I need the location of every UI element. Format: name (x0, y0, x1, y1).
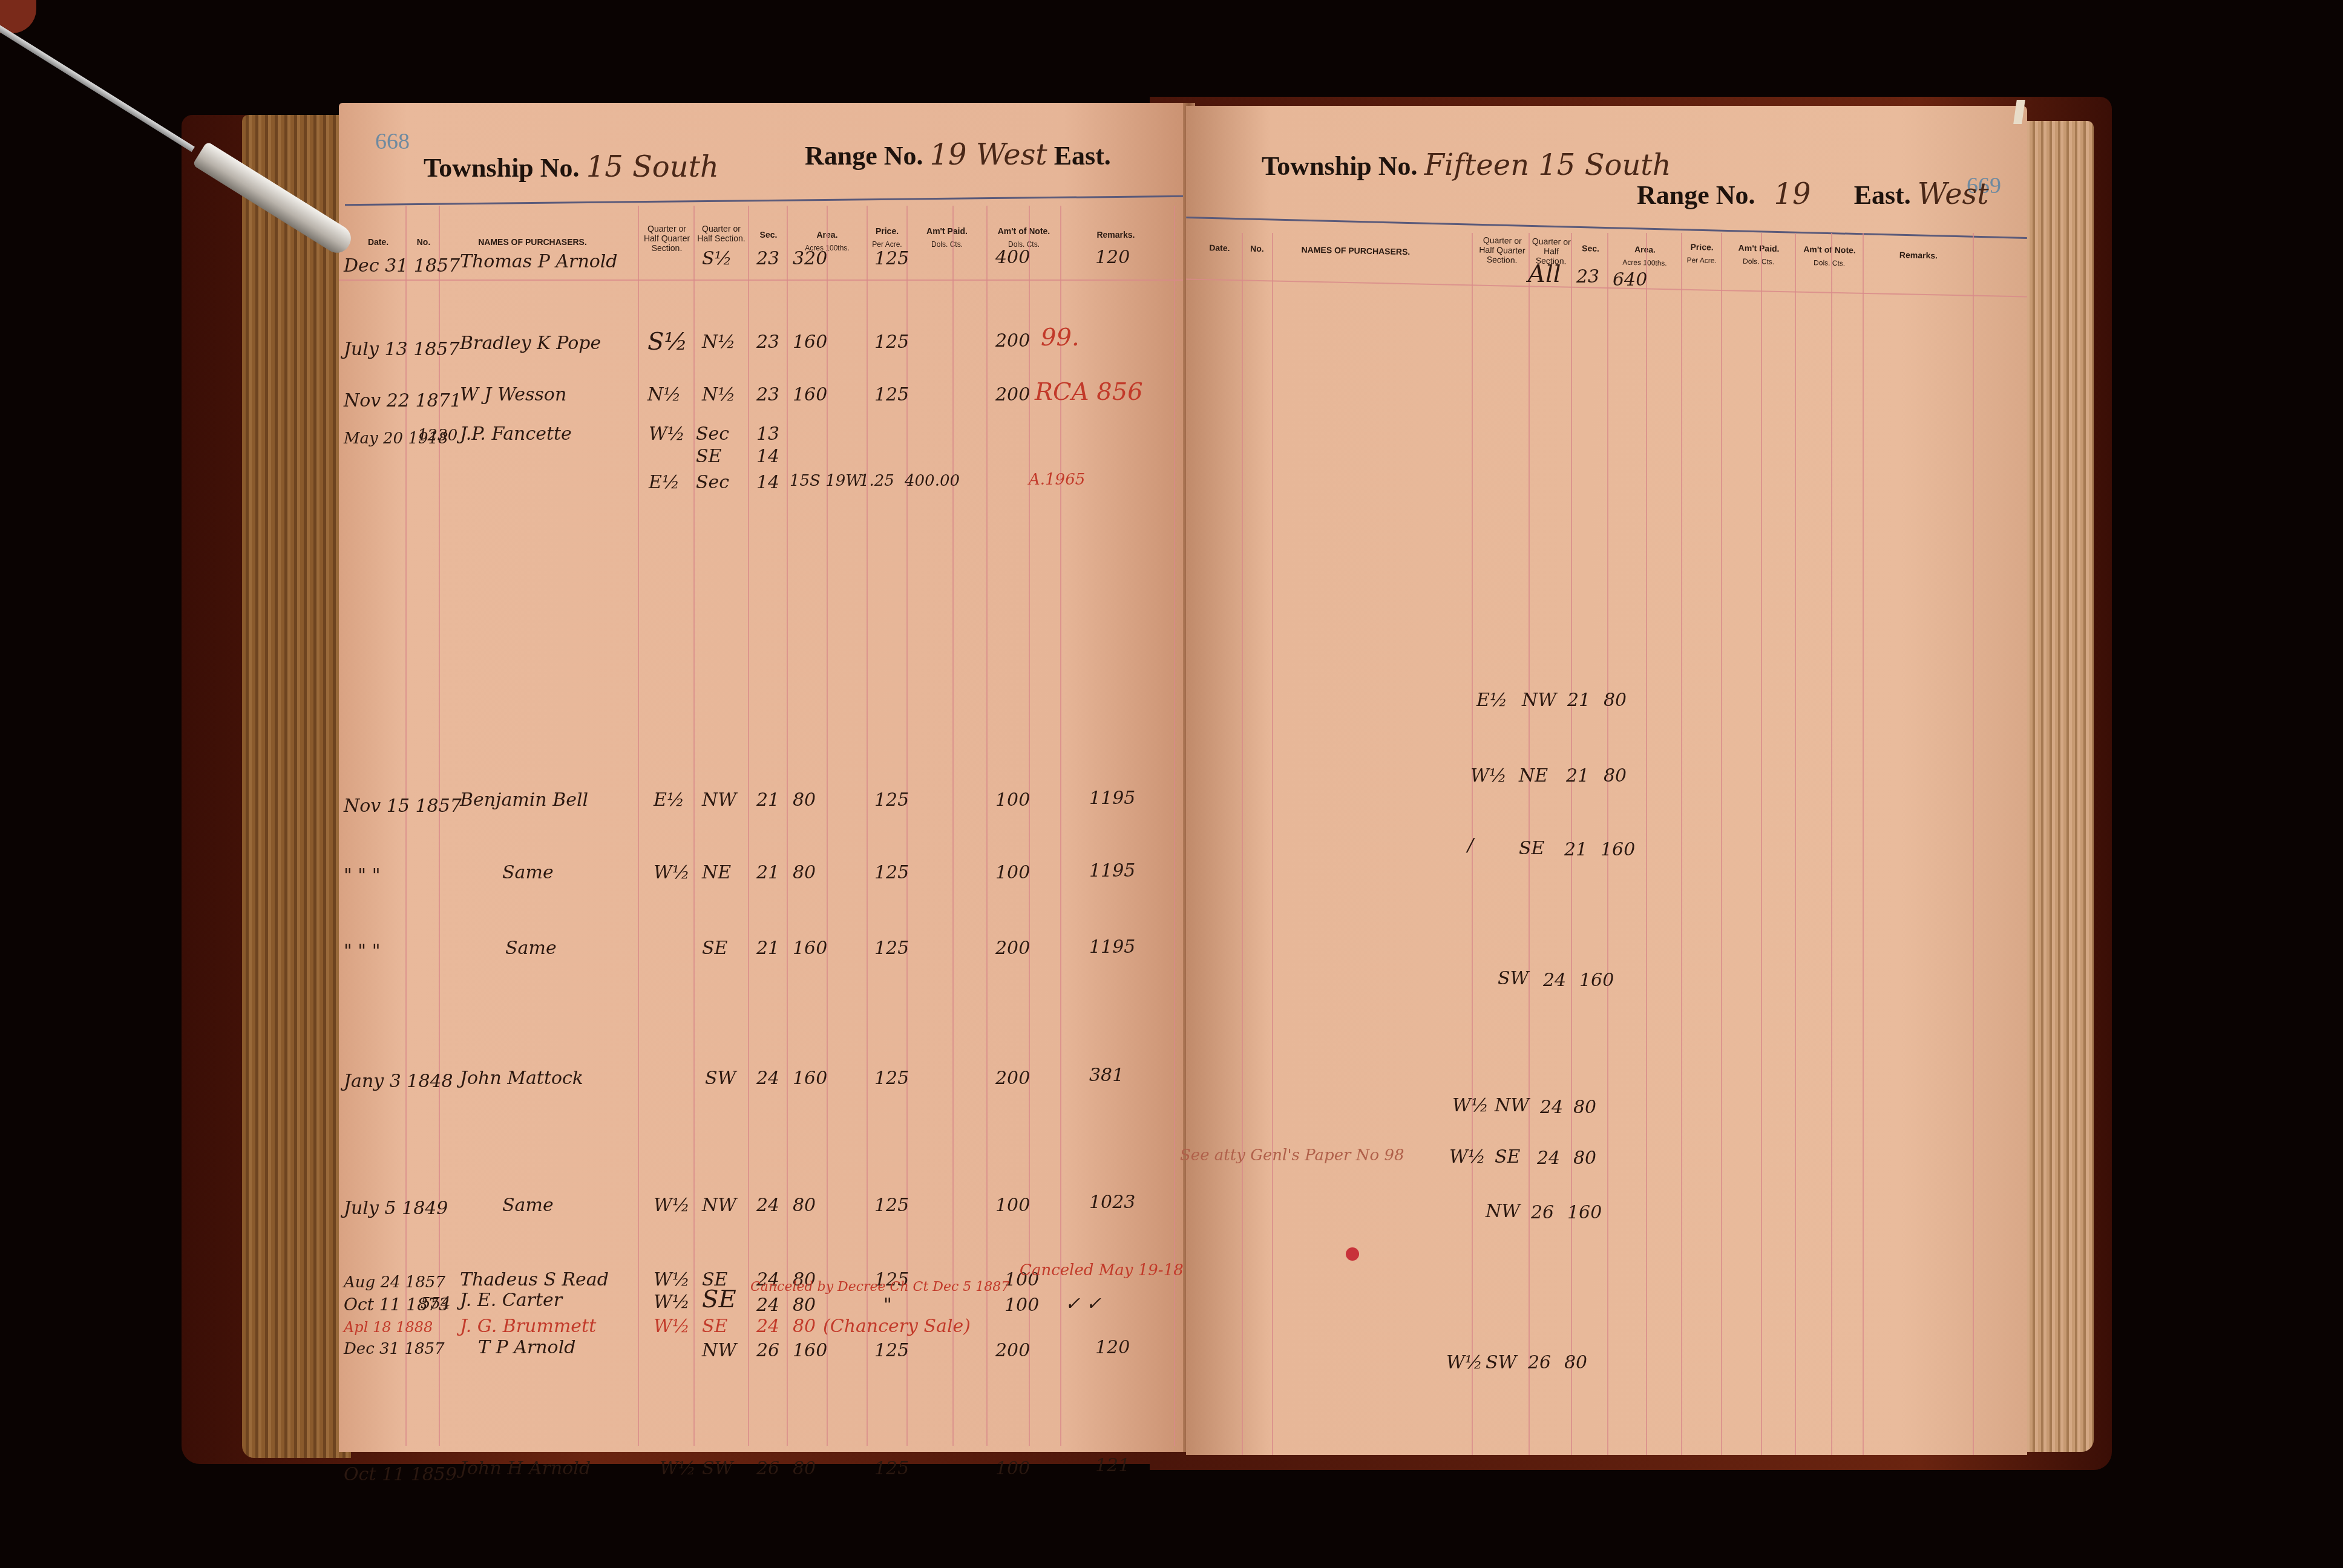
cell-value: " " " (344, 941, 380, 962)
cell-value: 26 (1528, 1352, 1551, 1373)
cell-value: 320 (793, 248, 827, 269)
cell-value: SW (1498, 968, 1529, 989)
cell-value: 14 (756, 472, 779, 493)
cell-value: Same (502, 1195, 554, 1216)
cell-value: 381 (1089, 1065, 1124, 1086)
cell-value: Nov 22 1871 (344, 390, 462, 411)
cell-value: 125 (874, 1458, 909, 1479)
cell-value: NW (702, 1340, 736, 1361)
cell-value: 125 (874, 332, 909, 353)
range-header: Range No. 19 West East. (805, 138, 1111, 172)
cell-value: Same (505, 938, 557, 959)
cell-value: NW (1486, 1201, 1520, 1222)
cell-value: 23 (756, 384, 779, 405)
cell-value: All (1528, 260, 1561, 288)
cell-value: SW (702, 1458, 733, 1479)
cell-value: 21 (756, 938, 779, 959)
rule (1795, 233, 1796, 1455)
cell-value: NE (702, 862, 731, 883)
cell-value: 80 (1604, 690, 1627, 711)
cell-value: 26 (756, 1340, 779, 1361)
cell-value: J. E. Carter (460, 1290, 562, 1311)
col-price: Price.Per Acre. (868, 226, 906, 249)
col-amt-note: Am't of Note.Dols. Cts. (1796, 244, 1863, 269)
column-headers: Date. No. NAMES OF PURCHASERS. Quarter o… (1185, 229, 2028, 301)
page-edges-right (2021, 121, 2094, 1452)
cell-value: Same (502, 862, 554, 883)
rule (1973, 233, 1974, 1455)
cell-value: 200 (995, 1068, 1030, 1089)
cell-value: 125 (874, 1068, 909, 1089)
cell-value: 160 (793, 332, 827, 353)
cell-value: SE (1519, 838, 1544, 859)
cell-value: 554 (421, 1295, 451, 1313)
ledger-page-left: 668 Township No. 15 South Range No. 19 W… (339, 103, 1192, 1452)
direction-value: West (1918, 177, 1989, 211)
cell-value: 400 (995, 247, 1030, 268)
cell-value: E½ (1476, 690, 1507, 711)
col-remarks: Remarks. (1864, 249, 1973, 261)
range-label: Range No. (805, 141, 923, 171)
ledger-page-right: 669 Township No. Fifteen 15 South Range … (1186, 106, 2027, 1455)
spatula-icon (0, 19, 195, 152)
page-number: 668 (375, 128, 410, 155)
cell-value: 21 (1567, 690, 1590, 711)
rule (1646, 233, 1647, 1455)
cell-value: ✓ ✓ (1065, 1293, 1101, 1315)
cell-value: SE (1495, 1146, 1520, 1168)
cell-value: T P Arnold (478, 1337, 575, 1358)
rule (1721, 233, 1722, 1455)
cell-value: J.P. Fancette (460, 423, 572, 445)
cell-value: Thadeus S Read (460, 1269, 609, 1290)
cell-value: 160 (1567, 1202, 1602, 1223)
township-label: Township No. (1262, 151, 1418, 181)
cell-value: NW (1495, 1095, 1529, 1116)
cell-value: W½ (654, 1269, 690, 1290)
cell-value: 200 (995, 1340, 1030, 1361)
cell-value: 21 (1564, 839, 1587, 860)
red-ink-dot (1346, 1247, 1359, 1261)
cell-value: 160 (793, 384, 827, 405)
cell-value: J. G. Brummett (460, 1316, 596, 1337)
cell-value: 120 (1095, 1337, 1130, 1358)
col-date: Date. (351, 237, 405, 247)
township-value: Fifteen 15 South (1424, 148, 1671, 182)
cell-value: E½ (649, 472, 680, 493)
cell-value: A.1965 (1029, 471, 1085, 489)
col-names: NAMES OF PURCHASERS. (442, 237, 623, 247)
cell-value: 100 (995, 1458, 1030, 1479)
cell-value: 200 (995, 384, 1030, 405)
rule (787, 206, 788, 1446)
col-remarks: Remarks. (1061, 230, 1170, 240)
rule (693, 206, 695, 1446)
page-edges-left (242, 115, 351, 1458)
township-header: Township No. 15 South (424, 150, 719, 184)
cell-value: 21 (756, 789, 779, 811)
cell-value: 121 (1095, 1455, 1130, 1476)
cell-value: 100 (995, 1195, 1030, 1216)
cell-value: Sec (696, 472, 729, 493)
cell-value: 160 (1601, 839, 1635, 860)
cell-value: 125 (874, 938, 909, 959)
cell-value: " " " (344, 865, 380, 886)
rule (952, 206, 954, 1446)
cell-value: 125 (874, 248, 909, 269)
col-sec: Sec. (750, 230, 787, 240)
cell-value: 26 (756, 1458, 779, 1479)
cell-value: Apl 18 1888 (344, 1319, 433, 1336)
direction-label: East. (1854, 180, 1911, 210)
cell-value: 24 (756, 1068, 779, 1089)
col-names: NAMES OF PURCHASERS. (1274, 244, 1437, 257)
cell-value: 14 (756, 446, 779, 467)
cell-value: W½ (654, 1292, 690, 1313)
cell-value: July 13 1857 (344, 339, 459, 360)
cell-value: 1195 (1089, 788, 1135, 809)
cell-value: 80 (793, 1316, 816, 1337)
cell-value: 23 (756, 332, 779, 353)
col-date: Date. (1198, 243, 1240, 253)
cell-value: John Mattock (460, 1068, 583, 1089)
cell-value: 24 (1540, 1097, 1563, 1118)
cell-value: 1230 (418, 426, 457, 445)
cell-value: 99. (1041, 324, 1080, 351)
township-header: Township No. Fifteen 15 South (1262, 148, 1671, 182)
cell-value: 160 (793, 1068, 827, 1089)
cell-value: W½ (654, 862, 690, 883)
cell-value: 15S 19W (790, 472, 862, 490)
cell-value: NW (1522, 690, 1556, 711)
cell-value: 1023 (1089, 1192, 1135, 1213)
cell-value: N½ (647, 384, 681, 405)
cell-value: 200 (995, 330, 1030, 351)
cell-value: 125 (874, 789, 909, 811)
cell-value: 21 (756, 862, 779, 883)
cell-value: 125 (874, 384, 909, 405)
cell-value: 80 (1573, 1097, 1596, 1118)
cell-value: W½ (1470, 765, 1507, 786)
cell-value: 1195 (1089, 860, 1135, 881)
cell-value: SE (702, 938, 727, 959)
rule (1831, 233, 1832, 1455)
cell-value: SE (702, 1285, 736, 1313)
rule (1242, 233, 1243, 1455)
cell-value: E½ (654, 789, 684, 811)
rule (1681, 233, 1682, 1455)
cell-value: 24 (1543, 970, 1566, 991)
direction-label: East. (1054, 141, 1111, 171)
rule (748, 206, 749, 1446)
cell-value: W½ (1452, 1095, 1489, 1116)
cell-value: W½ (649, 423, 685, 445)
cell-value: Canceled May 19-1873 (1020, 1261, 1204, 1279)
cell-value: 80 (793, 1295, 816, 1316)
cell-value: 80 (793, 862, 816, 883)
rule (638, 206, 639, 1446)
cell-value: W J Wesson (460, 384, 566, 405)
cell-value: Dec 31 1857 (344, 1340, 445, 1358)
township-value: 15 South (586, 150, 719, 184)
cell-value: Sec (696, 423, 729, 445)
rule (1761, 233, 1762, 1455)
col-area: Area.Acres 100ths. (1608, 244, 1682, 269)
range-value: 19 (1774, 177, 1811, 211)
cell-value: 13 (756, 423, 779, 445)
cell-value: " (883, 1295, 892, 1316)
cell-value: W½ (654, 1316, 690, 1337)
cell-value: 21 (1566, 765, 1589, 786)
cell-value: 160 (793, 1340, 827, 1361)
cell-value: 80 (793, 1195, 816, 1216)
col-amt-note: Am't of Note.Dols. Cts. (988, 226, 1060, 249)
cell-value: 125 (874, 862, 909, 883)
cell-value: Dec 31 1857 (344, 255, 460, 276)
cell-value: Nov 15 1857 (344, 795, 462, 817)
col-sec: Sec. (1573, 243, 1607, 253)
cell-value: July 5 1849 (344, 1198, 448, 1219)
range-label: Range No. (1637, 180, 1755, 210)
cell-value: 160 (793, 938, 827, 959)
col-no: No. (1242, 243, 1272, 253)
cell-value: N½ (702, 384, 735, 405)
col-amt-paid: Am't Paid.Dols. Cts. (908, 226, 986, 249)
cell-value: S½ (702, 248, 732, 269)
cell-value: 80 (793, 1458, 816, 1479)
cell-value: 26 (1531, 1202, 1554, 1223)
header-rule (345, 195, 1186, 206)
rule (867, 206, 868, 1446)
cell-value: SE (696, 446, 721, 467)
cell-value: 120 (1095, 247, 1130, 268)
cell-value: 125 (874, 1195, 909, 1216)
cell-value: 160 (1579, 970, 1614, 991)
cell-value: 1195 (1089, 936, 1135, 958)
cell-value: 24 (756, 1295, 779, 1316)
cell-value: 24 (1537, 1148, 1560, 1169)
cell-value: 80 (1573, 1148, 1596, 1169)
cell-value: NE (1519, 765, 1548, 786)
margin-note: See atty Genl's Paper No 98 (1180, 1146, 1404, 1165)
rule (1863, 233, 1864, 1455)
cell-value: 80 (1564, 1352, 1587, 1373)
cell-value: 1.25 (859, 472, 894, 490)
cell-value: Thomas P Arnold (460, 251, 618, 272)
cell-value: 100 (995, 789, 1030, 811)
cell-value: Benjamin Bell (460, 789, 588, 811)
col-quarter-quarter: Quarter or Half Quarter Section. (640, 224, 693, 253)
cell-value: SW (1486, 1352, 1516, 1373)
cell-value: 200 (995, 938, 1030, 959)
cell-value: 100 (995, 862, 1030, 883)
cell-value: John H Arnold (460, 1458, 591, 1479)
col-price: Price.Per Acre. (1682, 242, 1722, 266)
cell-value: 23 (1576, 266, 1599, 287)
cell-value: W½ (660, 1458, 696, 1479)
cell-value: 80 (1604, 765, 1627, 786)
cell-value: 24 (756, 1316, 779, 1337)
cell-value: SW (705, 1068, 736, 1089)
cell-value: RCA 856 (1035, 378, 1143, 406)
cell-value: NW (702, 1195, 736, 1216)
township-label: Township No. (424, 153, 580, 183)
cell-value: 23 (756, 248, 779, 269)
cell-value: 640 (1613, 269, 1647, 290)
cell-value: Aug 24 1857 (344, 1273, 445, 1292)
cell-value: Jany 3 1848 (344, 1071, 453, 1092)
cell-value: S½ (647, 328, 687, 356)
col-quarter-quarter: Quarter or Half Quarter Section. (1475, 235, 1529, 265)
cell-value: / (1467, 835, 1473, 856)
cell-value: W½ (654, 1195, 690, 1216)
rule (1174, 206, 1175, 1446)
range-value: 19 West (930, 138, 1047, 172)
rule (986, 206, 988, 1446)
cell-value: Bradley K Pope (460, 333, 601, 354)
cell-value: 80 (793, 789, 816, 811)
header-bottom-rule (339, 279, 1192, 281)
cell-value: Oct 11 1859 (344, 1464, 457, 1485)
col-amt-paid: Am't Paid.Dols. Cts. (1722, 243, 1795, 267)
cell-value: (Chancery Sale) (823, 1316, 971, 1337)
cell-value: N½ (702, 332, 735, 353)
cell-value: W½ (1446, 1352, 1483, 1373)
cell-value: SE (702, 1316, 727, 1337)
cell-value: 125 (874, 1340, 909, 1361)
range-header: Range No. 19 East. West (1637, 177, 1989, 211)
rule (1272, 233, 1273, 1455)
col-quarter-half: Quarter or Half Section. (695, 224, 748, 243)
cell-value: W½ (1449, 1146, 1486, 1168)
cell-value: 100 (1004, 1295, 1039, 1316)
col-no: No. (408, 237, 439, 247)
cell-value: 400.00 (905, 472, 960, 490)
cell-value: NW (702, 789, 736, 811)
cell-value: 24 (756, 1195, 779, 1216)
cancellation-note: Canceled by Decree Ch Ct Dec 5 1887 (750, 1279, 1009, 1295)
